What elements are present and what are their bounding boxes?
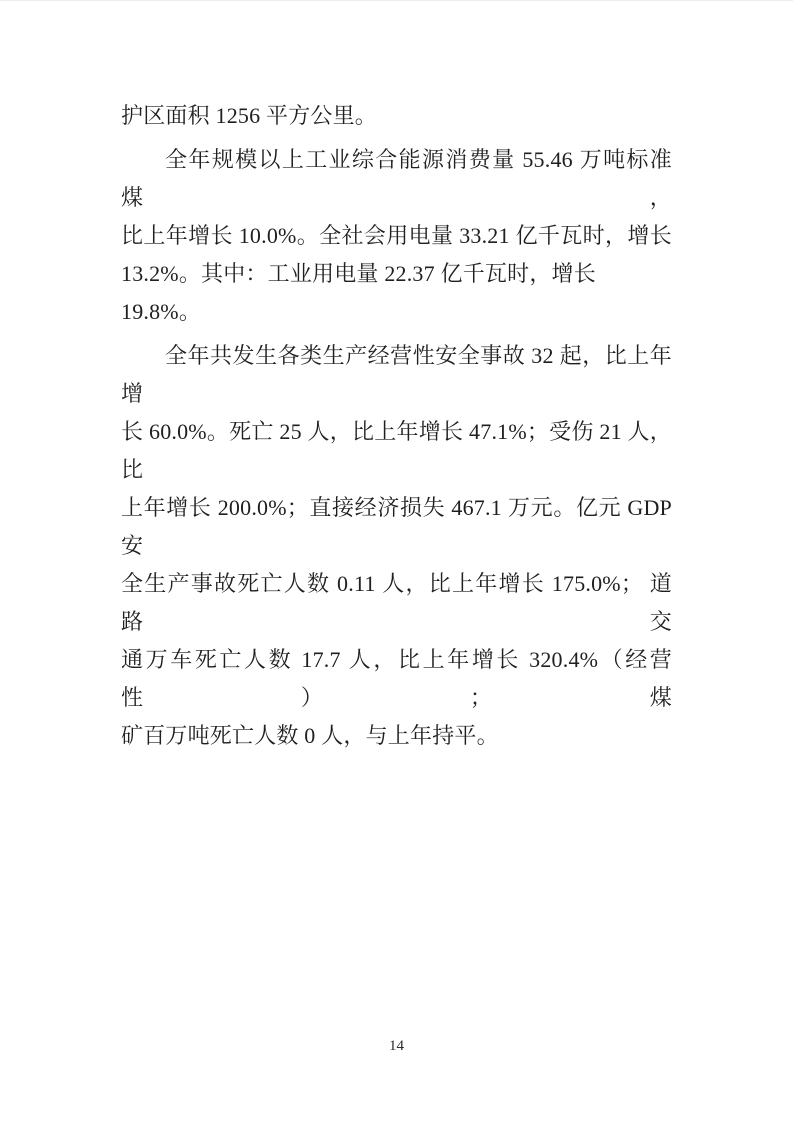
text-line: 全年共发生各类生产经营性安全事故 32 起，比上年增 xyxy=(121,337,672,413)
text-line: 上年增长 200.0%；直接经济损失 467.1 万元。亿元 GDP 安 xyxy=(121,489,672,565)
text-line: 比上年增长 10.0%。全社会用电量 33.21 亿千瓦时，增长 xyxy=(121,217,672,255)
text-line: 通万车死亡人数 17.7 人，比上年增长 320.4%（经营性）；煤 xyxy=(121,641,672,717)
document-page: 护区面积 1256 平方公里。 全年规模以上工业综合能源消费量 55.46 万吨… xyxy=(0,0,793,1123)
text-line: 长 60.0%。死亡 25 人，比上年增长 47.1%；受伤 21 人，比 xyxy=(121,413,672,489)
text-line: 全年规模以上工业综合能源消费量 55.46 万吨标准煤， xyxy=(121,141,672,217)
page-number: 14 xyxy=(0,1037,793,1055)
text-line: 13.2%。其中：工业用电量 22.37 亿千瓦时，增长 19.8%。 xyxy=(121,255,672,331)
paragraph: 全年规模以上工业综合能源消费量 55.46 万吨标准煤， 比上年增长 10.0%… xyxy=(121,141,672,331)
text-line: 全生产事故死亡人数 0.11 人，比上年增长 175.0%； 道路交 xyxy=(121,565,672,641)
text-line: 矿百万吨死亡人数 0 人，与上年持平。 xyxy=(121,717,672,755)
paragraph: 全年共发生各类生产经营性安全事故 32 起，比上年增 长 60.0%。死亡 25… xyxy=(121,337,672,755)
text-content: 护区面积 1256 平方公里。 全年规模以上工业综合能源消费量 55.46 万吨… xyxy=(121,97,672,755)
paragraph: 护区面积 1256 平方公里。 xyxy=(121,97,672,135)
text-line: 护区面积 1256 平方公里。 xyxy=(121,97,672,135)
